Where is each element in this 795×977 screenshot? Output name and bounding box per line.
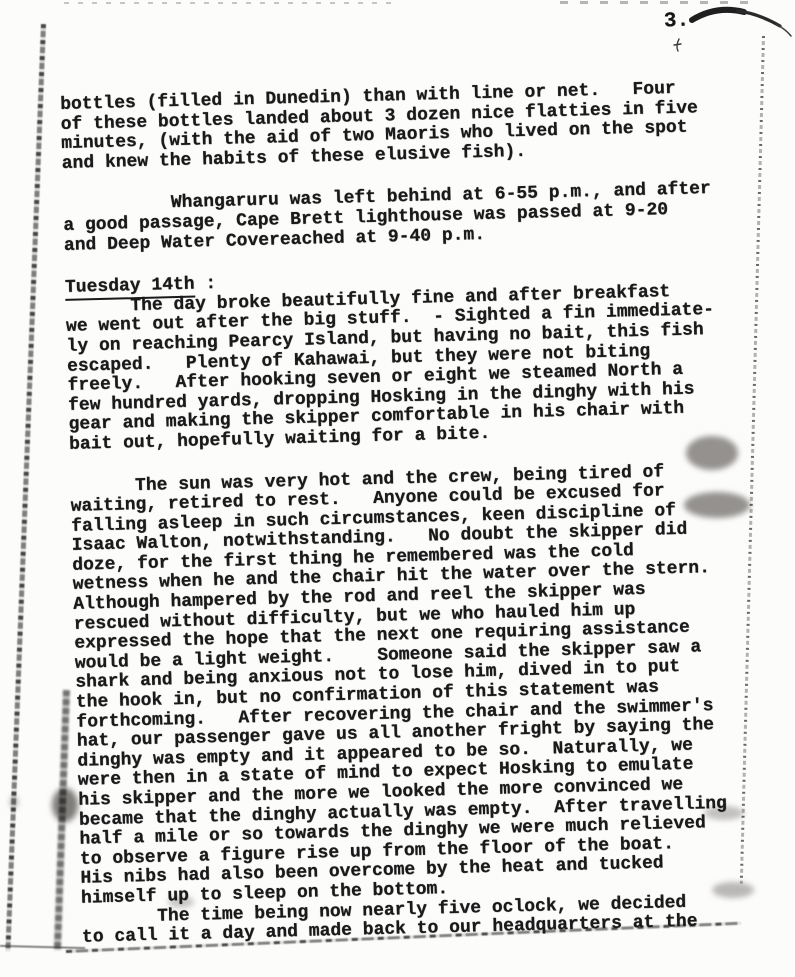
top-edge-dots xyxy=(560,1,750,4)
scan-smudge xyxy=(10,796,18,808)
typed-text: bottles (filled in Dunedin) than with li… xyxy=(60,78,782,949)
paragraph: The day broke beautifully fine and after… xyxy=(65,280,769,455)
ink-tick-mark xyxy=(672,38,684,54)
left-page-edge-shadow xyxy=(54,690,70,950)
left-page-edge xyxy=(5,24,46,952)
heading-suffix: : xyxy=(194,274,216,295)
paragraph: bottles (filled in Dunedin) than with li… xyxy=(60,78,762,175)
scan-smudge xyxy=(52,788,78,822)
top-edge-dots xyxy=(64,2,394,4)
paragraph: Whangaruru was left behind at 6-55 p.m.,… xyxy=(63,179,764,256)
bottom-page-edge xyxy=(0,945,85,949)
paragraph: The sun was very hot and the crew, being… xyxy=(70,460,781,909)
page-number: 3. xyxy=(663,9,689,33)
ink-swoosh-mark xyxy=(688,2,793,42)
scanned-typewritten-page: 3. bottles (filled in Dunedin) than with… xyxy=(0,0,795,977)
